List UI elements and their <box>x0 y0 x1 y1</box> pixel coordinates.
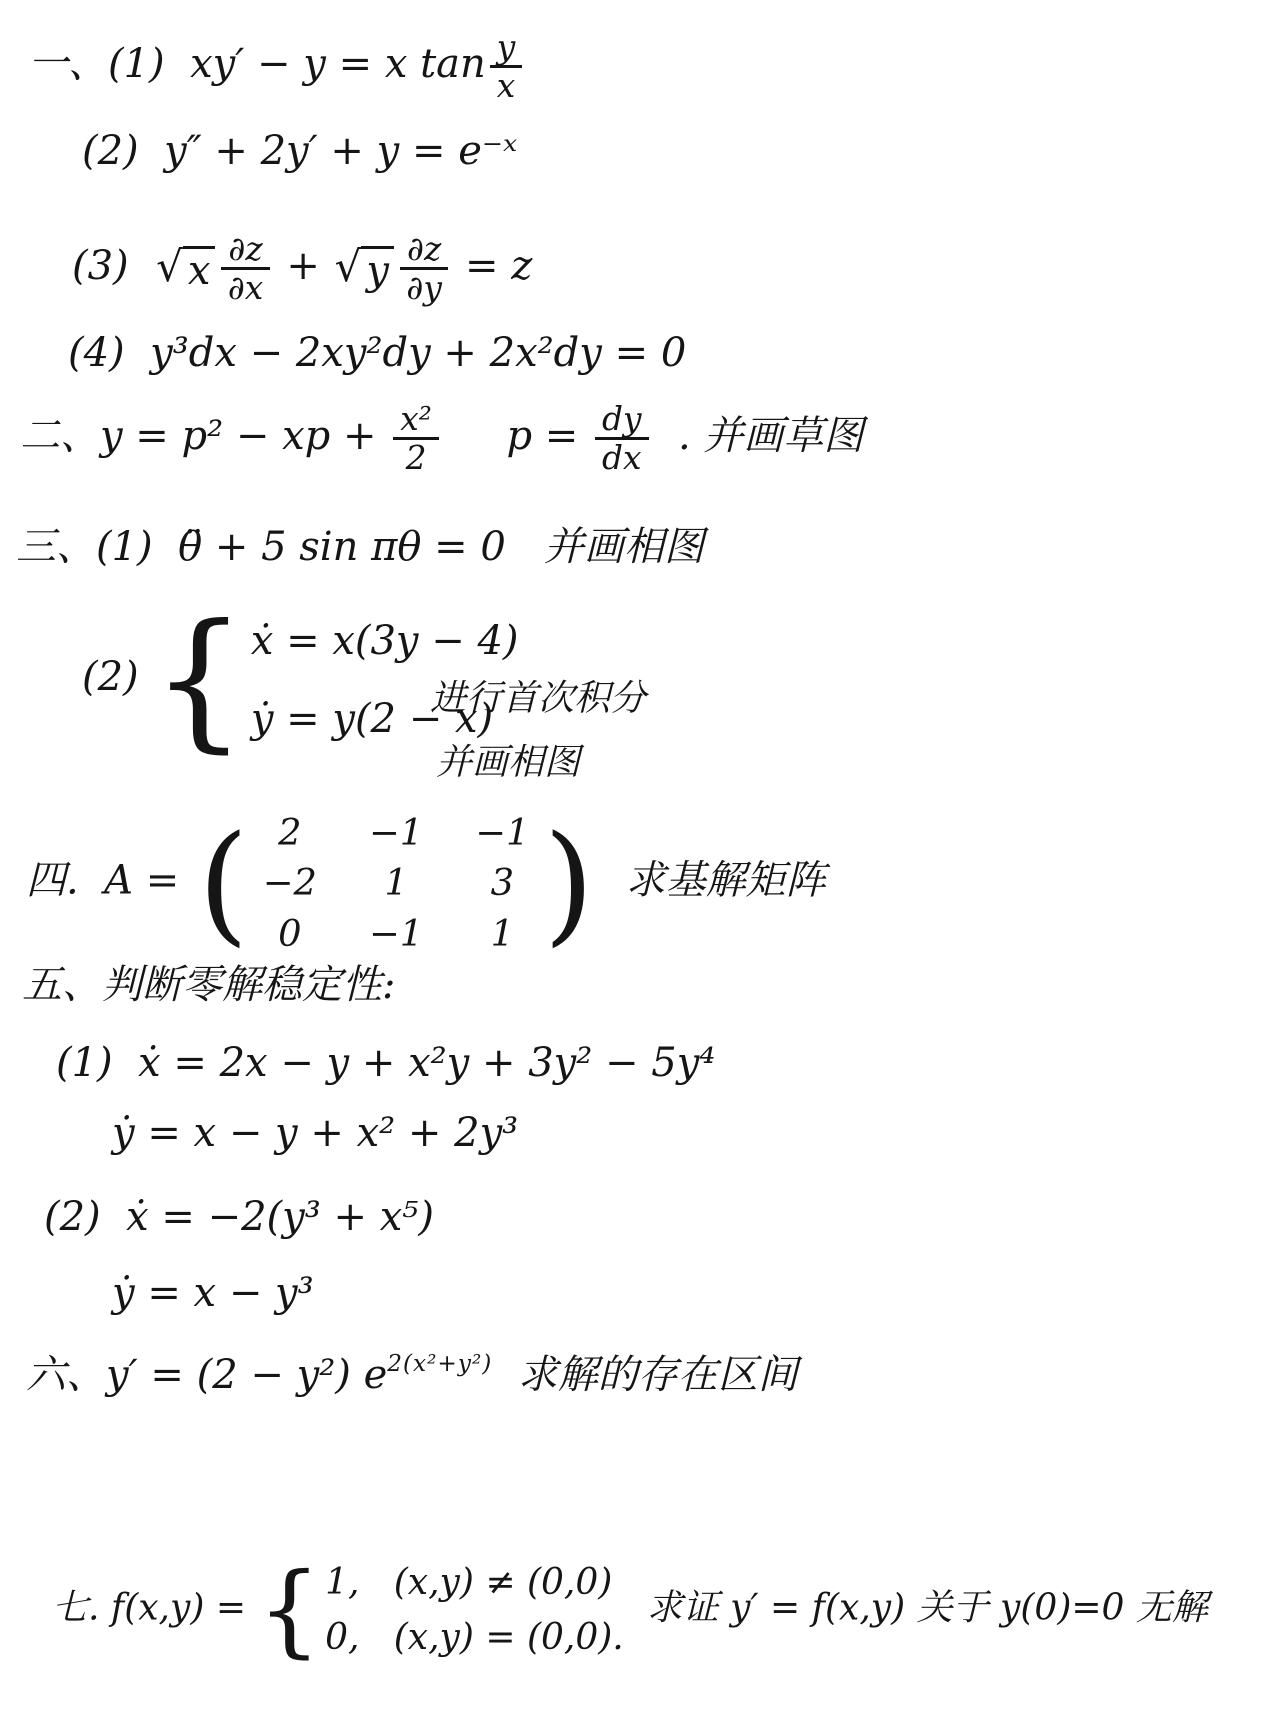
fraction: x²2 <box>393 402 439 476</box>
math-text: ẋ = x(3y − 4) <box>251 618 519 664</box>
fraction-numerator: ∂z <box>221 232 269 270</box>
problem-3-1: 三、(1) θ̈ + 5 sin πθ = 0 并画相图 <box>16 524 704 570</box>
matrix-entry: −2 <box>263 862 317 904</box>
math-text: (2) <box>82 654 151 700</box>
problem-5-2-eq-x: (2) ẋ = −2(y³ + x⁵) <box>44 1194 434 1240</box>
matrix-entries: 2−1−1−2130−11 <box>249 812 544 955</box>
problem-5-header: 五、判断零解稳定性: <box>22 962 395 1008</box>
math-text: 求基解矩阵 <box>600 857 825 903</box>
cases-row: 0, (x,y) = (0,0). <box>325 1617 624 1658</box>
radical-icon: √ <box>335 246 362 288</box>
matrix-entry: 1 <box>475 913 529 955</box>
fraction: ∂z∂x <box>221 232 269 306</box>
math-text: 0, (x,y) = (0,0). <box>325 1617 624 1658</box>
cases-group: {1, (x,y) ≠ (0,0)0, (x,y) = (0,0). <box>257 1562 623 1659</box>
cases-row: 1, (x,y) ≠ (0,0) <box>325 1562 624 1603</box>
matrix: (2−1−1−2130−11) <box>198 812 594 955</box>
problem-7-piecewise: 七. f(x,y) = {1, (x,y) ≠ (0,0)0, (x,y) = … <box>52 1562 1208 1659</box>
fraction: yx <box>490 30 523 104</box>
radicand: y <box>361 246 394 291</box>
math-text: 七. f(x,y) = <box>52 1587 257 1628</box>
fraction-numerator: dy <box>595 402 649 440</box>
math-text: 二、y = p² − xp + <box>20 413 389 459</box>
matrix-entry: −1 <box>475 812 529 854</box>
matrix-entry: 2 <box>263 812 317 854</box>
math-text: (3) <box>72 243 154 289</box>
problem-5-2-eq-y: ẏ = x − y³ <box>112 1270 314 1316</box>
fraction: ∂z∂y <box>400 232 448 306</box>
math-text: 一、(1) xy′ − y = x tan <box>28 41 486 87</box>
math-text: . 并画草图 <box>653 413 864 459</box>
math-text: 求解的存在区间 <box>492 1352 797 1398</box>
matrix-left-paren: ( <box>198 828 249 939</box>
square-root: √y <box>335 246 394 291</box>
fraction-denominator: x <box>497 68 516 103</box>
exponent: 2(x²+y²) <box>387 1351 492 1378</box>
math-text: 1, (x,y) ≠ (0,0) <box>325 1562 612 1603</box>
fraction-numerator: ∂z <box>400 232 448 270</box>
square-root: √x <box>156 246 215 291</box>
fraction: dydx <box>595 402 649 476</box>
fraction-denominator: dx <box>602 440 642 475</box>
matrix-entry: 3 <box>475 862 529 904</box>
problem-5-1-eq-x: (1) ẋ = 2x − y + x²y + 3y² − 5y⁴ <box>56 1040 715 1086</box>
fraction-denominator: 2 <box>406 440 427 475</box>
problem-3-2-note-first-integral: 进行首次积分 <box>430 678 646 719</box>
left-brace: { <box>257 1570 321 1650</box>
matrix-entry: −1 <box>369 812 423 854</box>
matrix-entry: 0 <box>263 913 317 955</box>
problem-4-matrix: 四. A = (2−1−1−2130−11) 求基解矩阵 <box>26 812 826 955</box>
math-text: 四. A = <box>26 857 192 903</box>
matrix-right-paren: ) <box>543 828 594 939</box>
problem-1-3: (3) √x∂z∂x + √y∂z∂y = z <box>72 232 532 306</box>
fraction-numerator: y <box>490 30 523 68</box>
problem-5-1-eq-y: ẏ = x − y + x² + 2y³ <box>112 1110 518 1156</box>
fraction-denominator: ∂x <box>228 270 263 305</box>
math-text: = z <box>452 243 532 289</box>
handwritten-sheet: 一、(1) xy′ − y = x tanyx (2) y″ + 2y′ + y… <box>0 0 1265 1716</box>
fraction-denominator: ∂y <box>406 270 442 305</box>
cases-rows: 1, (x,y) ≠ (0,0)0, (x,y) = (0,0). <box>325 1562 624 1659</box>
radicand: x <box>183 246 216 291</box>
problem-3-2-note-phase-diagram: 并画相图 <box>436 742 580 783</box>
math-text: + <box>274 243 333 289</box>
problem-1-2: (2) y″ + 2y′ + y = e⁻ˣ <box>82 128 517 174</box>
problem-1-4: (4) y³dx − 2xy²dy + 2x²dy = 0 <box>68 330 686 376</box>
math-text: 六、y′ = (2 − y²) e <box>26 1352 387 1398</box>
problem-6: 六、y′ = (2 − y²) e2(x²+y²) 求解的存在区间 <box>26 1352 798 1398</box>
problem-2: 二、y = p² − xp + x²2 p = dydx . 并画草图 <box>20 402 863 476</box>
left-brace: { <box>151 620 246 740</box>
radical-icon: √ <box>156 246 183 288</box>
math-text: 求证 y′ = f(x,y) 关于 y(0)=0 无解 <box>624 1587 1208 1628</box>
matrix-entry: −1 <box>369 913 423 955</box>
matrix-entry: 1 <box>369 862 423 904</box>
problem-1-1: 一、(1) xy′ − y = x tanyx <box>28 30 526 104</box>
math-text: p = <box>443 413 591 459</box>
cases-row: ẋ = x(3y − 4) <box>251 618 519 664</box>
fraction-numerator: x² <box>393 402 439 440</box>
